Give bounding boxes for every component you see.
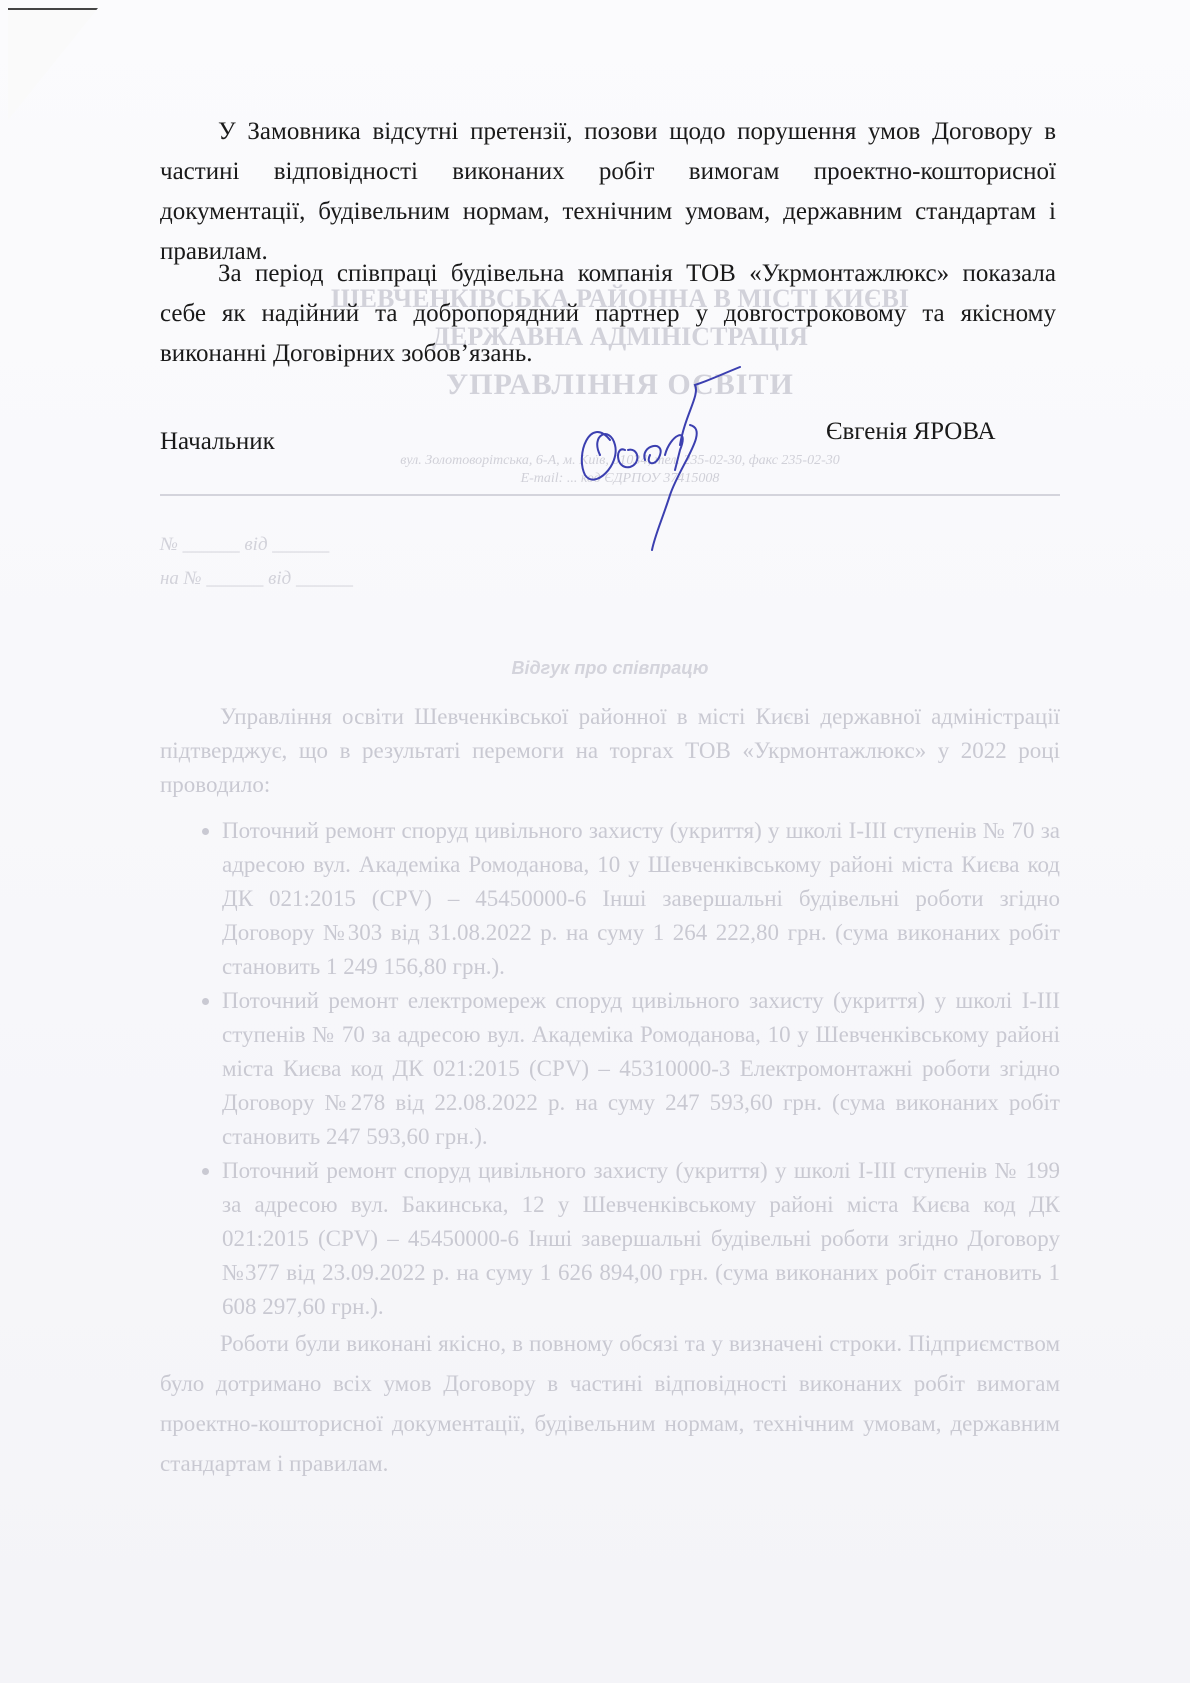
bleed-title: Відгук про співпрацю (160, 658, 1060, 679)
bleed-items-list: Поточний ремонт споруд цивільного захист… (160, 814, 1060, 1324)
folded-corner (8, 8, 98, 120)
bleed-outgoing-ref: № ______ від ______ (160, 528, 353, 562)
bleed-item: Поточний ремонт електромереж споруд циві… (222, 984, 1060, 1154)
signatory-name: Євгенія ЯРОВА (826, 418, 996, 446)
bleed-item: Поточний ремонт споруд цивільного захист… (222, 1154, 1060, 1324)
paragraph-1-text: У Замовника відсутні претензії, позови щ… (160, 112, 1056, 272)
handwritten-signature (570, 355, 790, 555)
bleed-incoming-ref: на № ______ від ______ (160, 562, 353, 596)
bleed-intro: Управління освіти Шевченківської районно… (160, 700, 1060, 802)
bleed-closing: Роботи були виконані якісно, в повному о… (160, 1324, 1060, 1484)
bleed-references: № ______ від ______ на № ______ від ____… (160, 528, 353, 596)
signatory-position: Начальник (160, 428, 275, 456)
bleed-body: Управління освіти Шевченківської районно… (160, 700, 1060, 1484)
paragraph-claims: У Замовника відсутні претензії, позови щ… (160, 112, 1056, 272)
scanned-page: ШЕВЧЕНКІВСЬКА РАЙОННА В МІСТІ КИЄВІ ДЕРЖ… (0, 0, 1190, 1683)
bleed-item: Поточний ремонт споруд цивільного захист… (222, 814, 1060, 984)
